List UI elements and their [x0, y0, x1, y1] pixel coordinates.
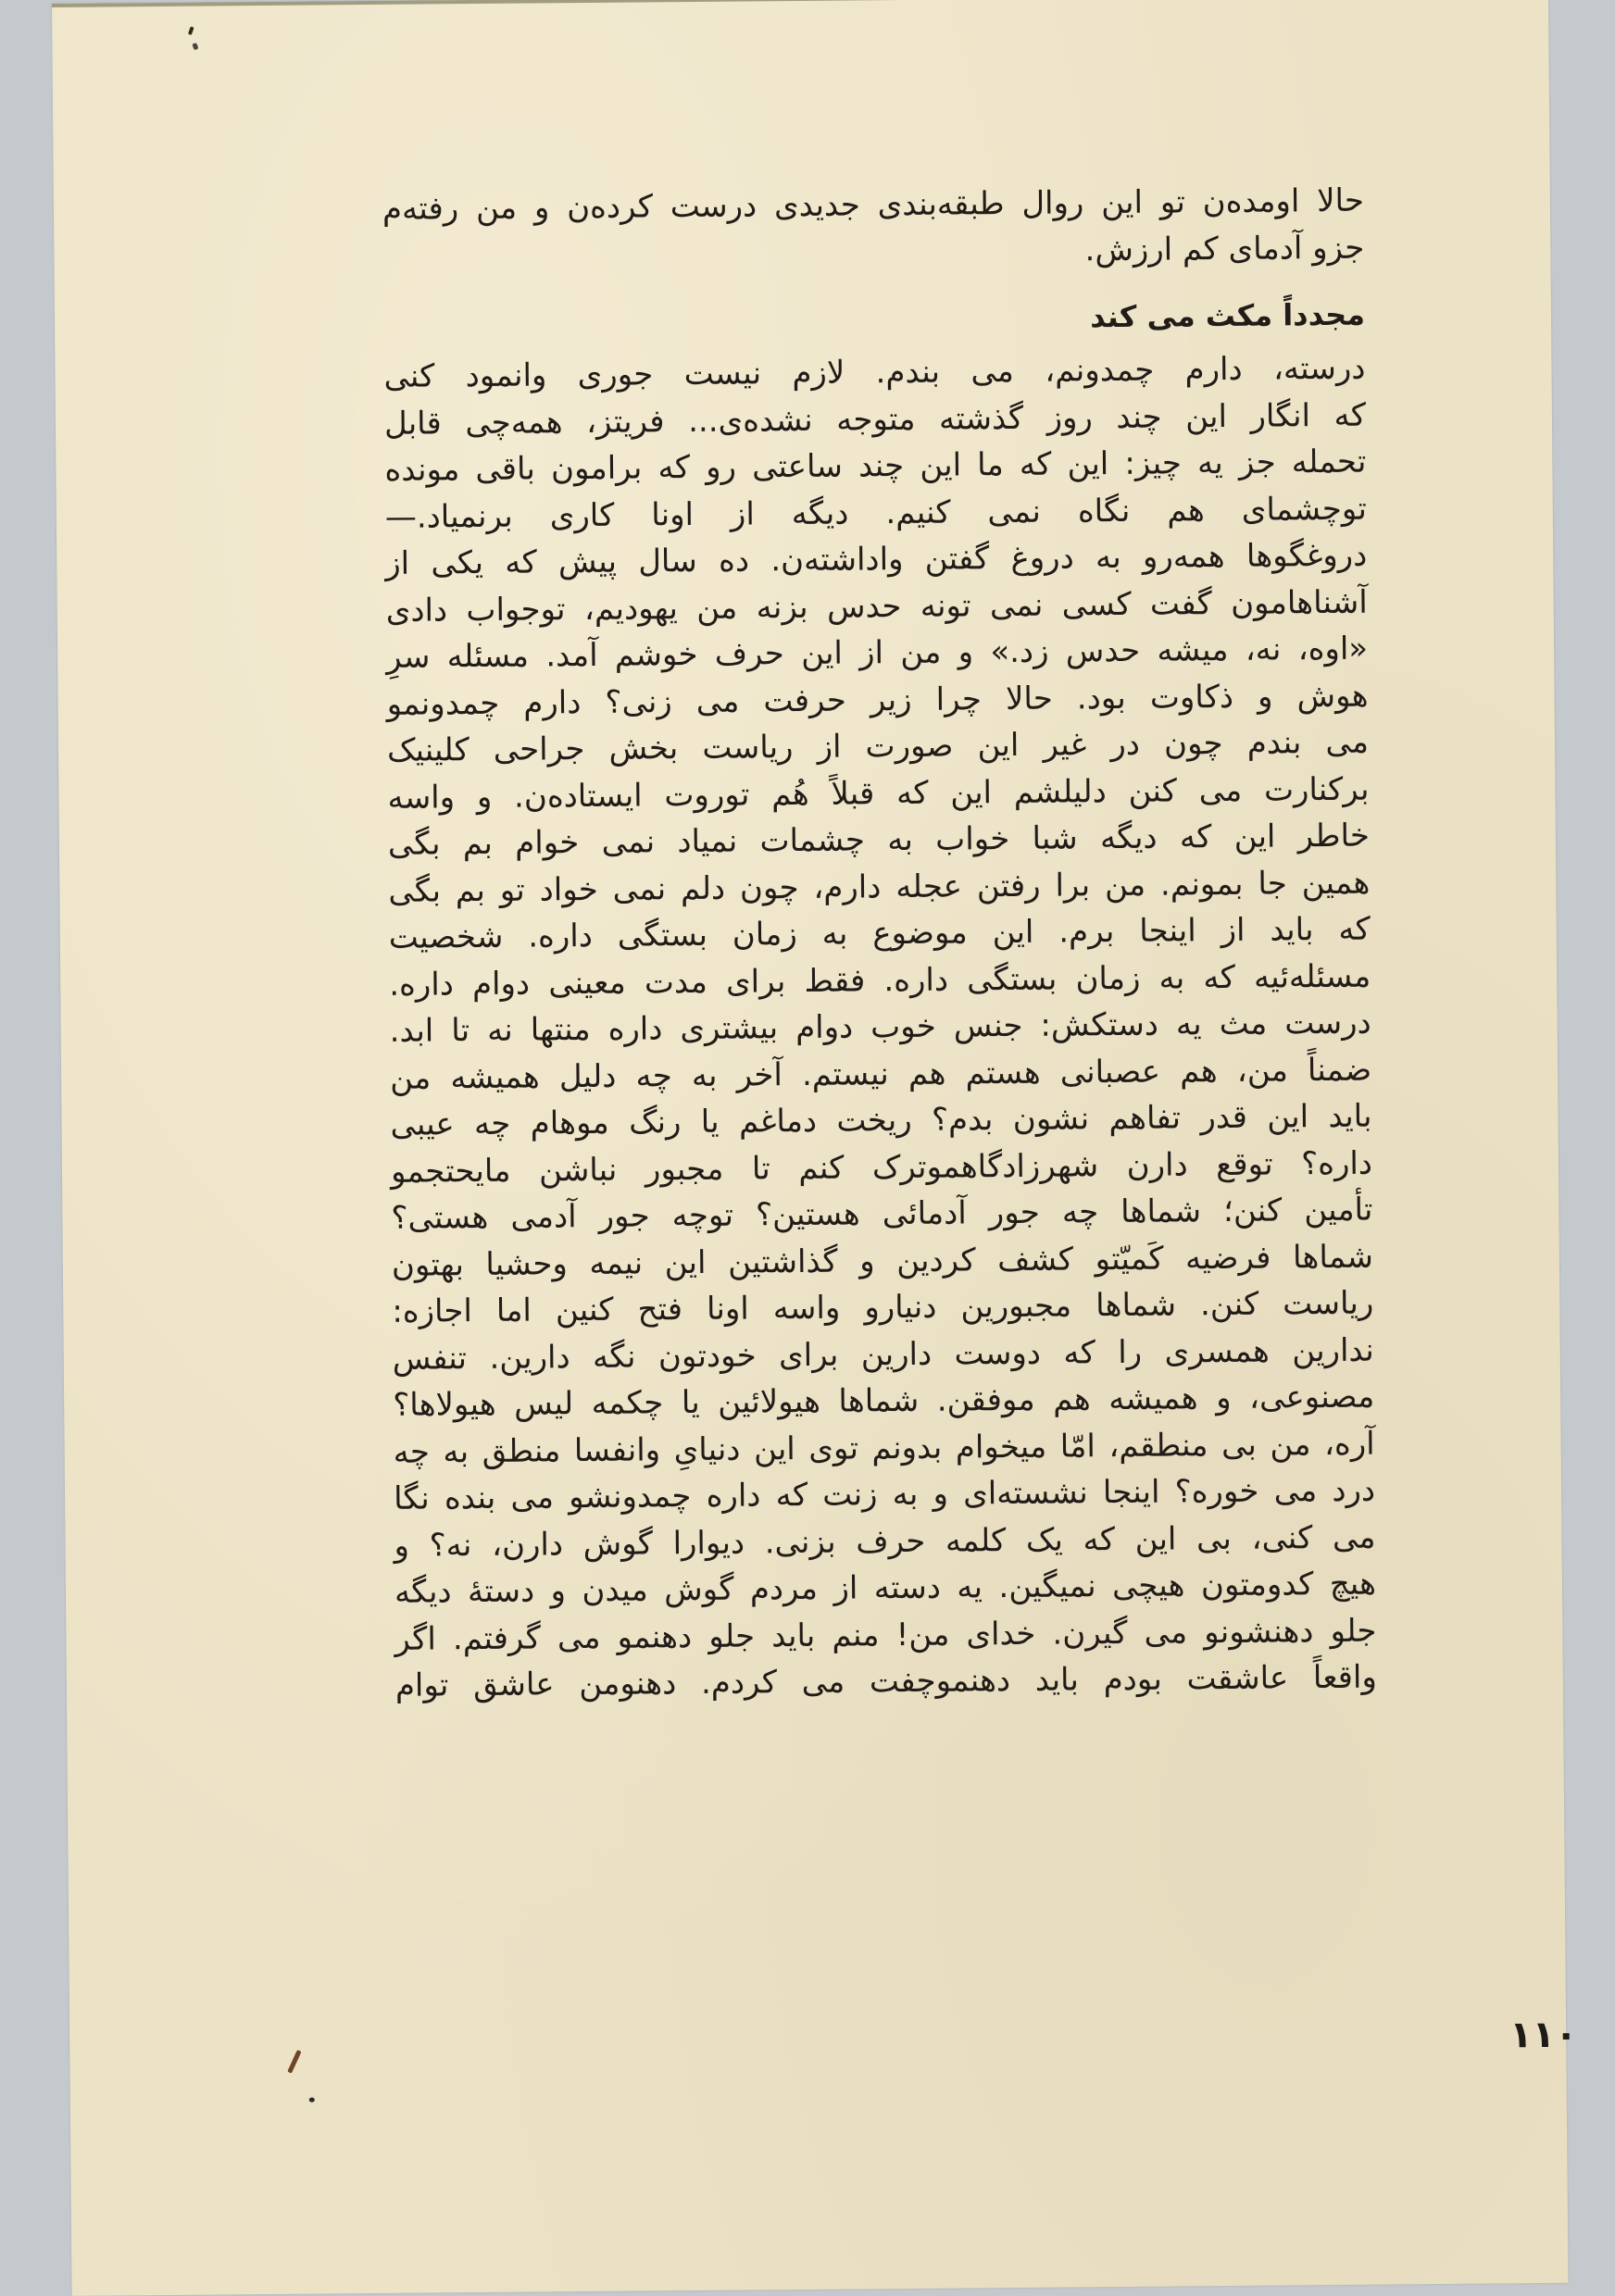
ink-dot — [309, 2098, 315, 2103]
text-line: توچشمای هم نگاه نمی کنیم. دیگه از اونا ک… — [385, 485, 1367, 541]
text-line: درد می خوره؟ اینجا نشسته‌ای و به زنت که … — [394, 1467, 1375, 1523]
text-line: تأمین کنن؛ شماها چه جور آدمائی هستین؟ تو… — [391, 1187, 1372, 1242]
text-line: درست مث یه دستکش: جنس خوب دوام بیشتری دا… — [389, 1000, 1371, 1055]
text-line: برکنارت می کنن دلیلشم این که قبلاً هُم ت… — [387, 766, 1369, 821]
text-line: می کنی، بی این که یک کلمه حرف بزنی. دیوا… — [394, 1514, 1375, 1569]
ink-mark — [188, 26, 194, 35]
pen-mark — [287, 2050, 301, 2074]
text-line: هیچ کدومتون هیچی نمیگین. یه دسته از مردم… — [394, 1561, 1376, 1616]
text-line: درسته، دارم چمدونم، می بندم. لازم نیست ج… — [383, 345, 1365, 401]
text-line: جلو دهنشونو می گیرن. خدای من! منم باید ج… — [394, 1607, 1376, 1663]
text-line: که باید از اینجا برم. این موضوع به زمان … — [389, 906, 1371, 962]
text-line: همین جا بمونم. من برا رفتن عجله دارم، چو… — [388, 859, 1370, 915]
page-text: حالا اومده‌ن تو این روال طبقه‌بندی جدیدی… — [382, 178, 1377, 1710]
text-line: جزو آدمای کم ارزش. — [382, 224, 1364, 280]
text-line: داره؟ توقع دارن شهرزادگاهموترک کنم تا مج… — [391, 1140, 1372, 1195]
text-line: مصنوعی، و همیشه هم موفقن. شماها هیولائین… — [393, 1374, 1374, 1429]
text-line: ریاست کنن. شماها مجبورین دنیارو واسه اون… — [392, 1280, 1373, 1336]
text-line: آره، من بی منطقم، امّا میخوام بدونم توی … — [393, 1420, 1374, 1476]
stage-direction: مجدداً مکث می کند — [383, 292, 1365, 346]
page-number: ۱۱۰ — [1509, 2014, 1578, 2057]
text-line: واقعاً عاشقت بودم باید دهنموچفت می کردم.… — [395, 1654, 1377, 1710]
text-line: ضمناً من، هم عصبانی هستم هم نیستم. آخر ب… — [390, 1046, 1371, 1102]
book-page: حالا اومده‌ن تو این روال طبقه‌بندی جدیدی… — [52, 0, 1569, 2296]
text-line: حالا اومده‌ن تو این روال طبقه‌بندی جدیدی… — [382, 178, 1364, 233]
text-line: مسئله‌ئیه که به زمان بستگی داره. فقط برا… — [389, 953, 1371, 1008]
text-line: ندارین همسری را که دوست دارین برای خودتو… — [393, 1327, 1374, 1382]
text-line: می بندم چون در غیر این صورت از ریاست بخش… — [387, 719, 1369, 775]
text-line: که انگار این چند روز گذشته متوجه نشده‌ی.… — [384, 392, 1366, 447]
text-line: باید این قدر تفاهم نشون بدم؟ ریخت دماغم … — [390, 1093, 1371, 1149]
text-line: شماها فرضیه کَمیّتو کشف کردین و گذاشتین … — [392, 1233, 1373, 1289]
ink-mark — [192, 43, 198, 50]
text-line: آشناهامون گفت کسی نمی تونه حدس بزنه من ی… — [386, 579, 1368, 634]
text-line: خاطر این که دیگه شبا خواب به چشمات نمیاد… — [388, 813, 1370, 868]
page-top-edge — [52, 0, 1548, 7]
text-line: «اوه، نه، میشه حدس زد.» و من از این حرف … — [386, 626, 1368, 681]
text-line: هوش و ذکاوت بود. حالا چرا زیر حرفت می زن… — [386, 672, 1368, 728]
text-line: دروغگوها همه‌رو به دروغ گفتن واداشته‌ن. … — [385, 532, 1367, 588]
text-line: تحمله جز یه چیز: این که ما این چند ساعتی… — [384, 439, 1366, 494]
